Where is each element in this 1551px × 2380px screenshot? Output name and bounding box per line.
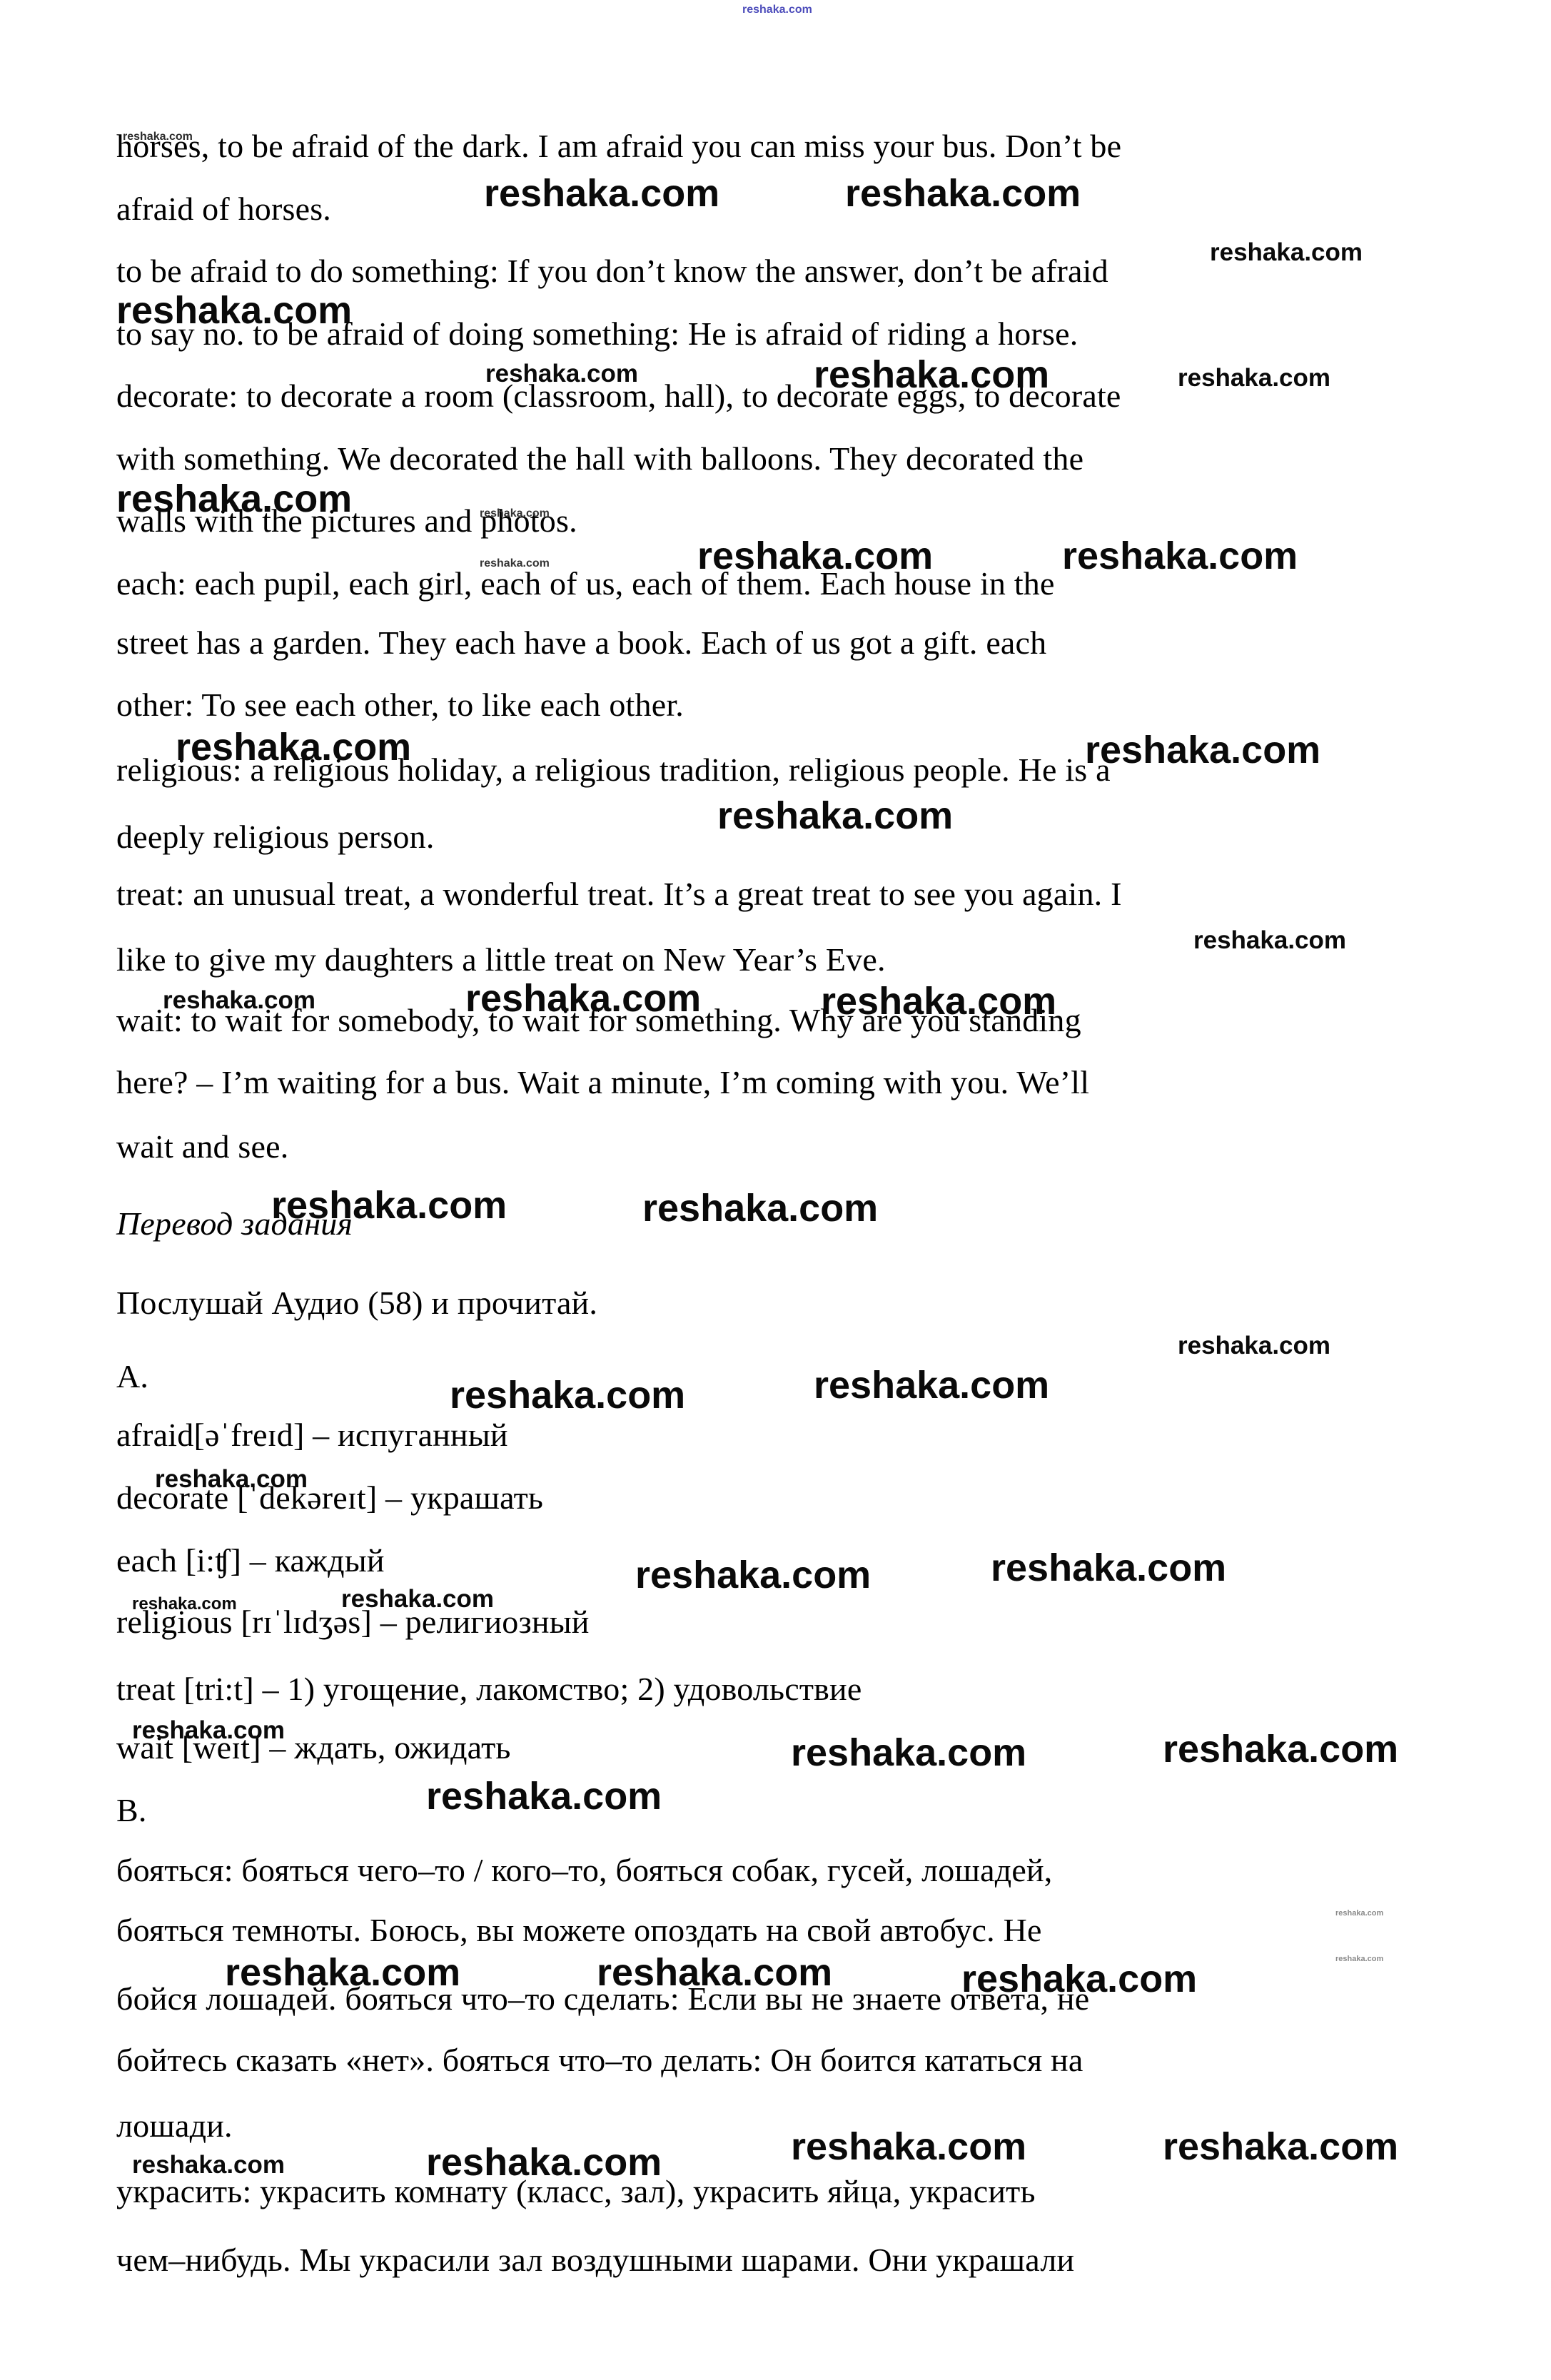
text-line: like to give my daughters a little treat… (116, 943, 886, 976)
text-line: бояться: бояться чего–то / кого–то, боят… (116, 1854, 1053, 1887)
text-line: treat [tri:t] – 1) угощение, лакомство; … (116, 1673, 862, 1706)
watermark: reshaka.com (1335, 1910, 1383, 1918)
watermark: reshaka.com (642, 1189, 878, 1227)
text-line: afraid[əˈfreɪd] – испуганный (116, 1419, 508, 1452)
watermark: reshaka.com (426, 2143, 662, 2182)
watermark: reshaka.com (1178, 365, 1330, 390)
text-line: deeply religious person. (116, 821, 435, 854)
document-page: horses, to be afraid of the dark. I am a… (0, 0, 1551, 2380)
watermark: reshaka.com (814, 355, 1049, 394)
watermark: reshaka.com (742, 4, 812, 16)
text-line: wait and see. (116, 1130, 288, 1163)
watermark: reshaka.com (271, 1186, 507, 1225)
watermark: reshaka.com (845, 174, 1081, 213)
text-line: чем–нибудь. Мы украсили зал воздушными ш… (116, 2244, 1074, 2277)
text-line: to be afraid to do something: If you don… (116, 255, 1108, 288)
watermark: reshaka.com (465, 979, 701, 1018)
watermark: reshaka.com (132, 2152, 285, 2177)
watermark: reshaka.com (225, 1953, 460, 1992)
text-line: бояться темноты. Боюсь, вы можете опозда… (116, 1914, 1042, 1947)
text-line: Послушай Аудио (58) и прочитай. (116, 1287, 597, 1320)
text-line: бойтесь сказать «нет». бояться что–то де… (116, 2044, 1083, 2077)
watermark: reshaka.com (163, 988, 315, 1013)
watermark: reshaka.com (480, 558, 550, 569)
watermark: reshaka.com (814, 1366, 1049, 1404)
watermark: reshaka.com (1193, 928, 1346, 953)
watermark: reshaka.com (132, 1718, 285, 1743)
text-line: treat: an unusual treat, a wonderful tre… (116, 878, 1122, 911)
watermark: reshaka.com (635, 1556, 871, 1594)
watermark: reshaka.com (176, 728, 411, 766)
text-line: other: To see each other, to like each o… (116, 689, 684, 721)
watermark: reshaka.com (341, 1586, 494, 1611)
text-line: street has a garden. They each have a bo… (116, 627, 1046, 659)
text-line: with something. We decorated the hall wi… (116, 442, 1083, 475)
text-line: afraid of horses. (116, 193, 331, 226)
watermark: reshaka.com (116, 291, 352, 330)
watermark: reshaka.com (1163, 2127, 1398, 2166)
watermark: reshaka.com (480, 508, 550, 520)
watermark: reshaka.com (485, 361, 638, 386)
watermark: reshaka.com (1210, 240, 1363, 265)
text-line: horses, to be afraid of the dark. I am a… (116, 130, 1121, 163)
watermark: reshaka.com (961, 1960, 1197, 1998)
watermark: reshaka.com (717, 796, 953, 835)
watermark: reshaka.com (1335, 1955, 1383, 1963)
watermark: reshaka.com (597, 1953, 832, 1992)
watermark: reshaka.com (791, 1733, 1026, 1772)
watermark: reshaka.com (155, 1467, 308, 1492)
text-line: B. (116, 1794, 147, 1827)
text-line: лошади. (116, 2110, 233, 2142)
watermark: reshaka.com (123, 131, 193, 143)
watermark: reshaka.com (697, 537, 933, 575)
watermark: reshaka.com (484, 174, 719, 213)
watermark: reshaka.com (1163, 1730, 1398, 1768)
watermark: reshaka.com (1062, 537, 1298, 575)
text-line: A. (116, 1360, 148, 1393)
watermark: reshaka.com (821, 982, 1056, 1021)
text-line: here? – I’m waiting for a bus. Wait a mi… (116, 1066, 1089, 1099)
watermark: reshaka.com (991, 1549, 1226, 1587)
watermark: reshaka.com (1085, 731, 1320, 769)
watermark: reshaka.com (791, 2127, 1026, 2166)
watermark: reshaka.com (450, 1376, 685, 1414)
watermark: reshaka.com (426, 1777, 662, 1816)
text-line: each [i:ʧ] – каждый (116, 1544, 385, 1577)
watermark: reshaka.com (132, 1596, 237, 1613)
watermark: reshaka.com (116, 480, 352, 518)
watermark: reshaka.com (1178, 1333, 1330, 1358)
